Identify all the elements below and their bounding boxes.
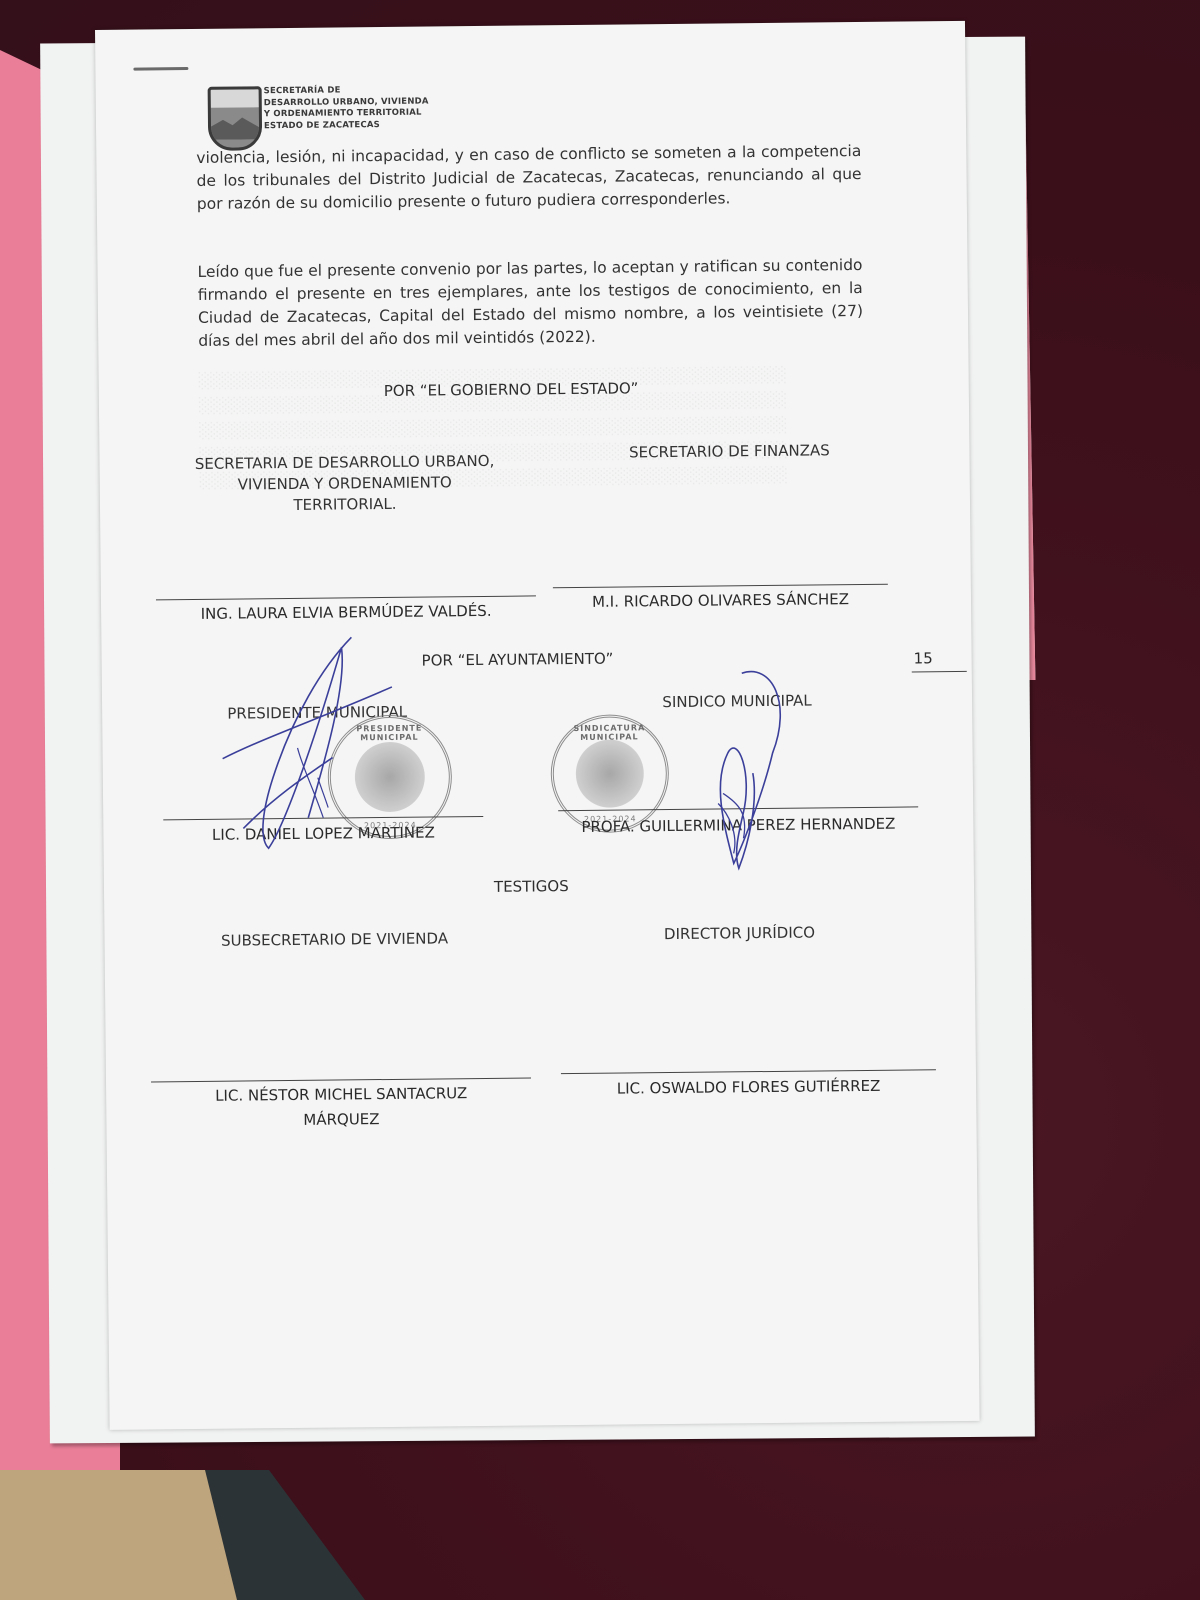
title-sindico-municipal: SINDICO MUNICIPAL (627, 690, 847, 713)
title-subsecretario-vivienda: SUBSECRETARIO DE VIVIENDA (184, 928, 484, 952)
signer-name-daniel-lopez: LIC. DANIEL LOPEZ MARTINEZ (163, 823, 483, 844)
sindicatura-seal-stamp: SINDICATURA MUNICIPAL 2021-2024 (550, 714, 669, 833)
title-director-juridico: DIRECTOR JURÍDICO (634, 922, 844, 945)
paragraph-ratification: Leído que fue el presente convenio por l… (197, 254, 863, 353)
signature-line (561, 1069, 936, 1074)
title-secretario-finanzas: SECRETARIO DE FINANZAS (599, 440, 859, 464)
signature-line (151, 1077, 531, 1082)
heading-ayuntamiento: POR “EL AYUNTAMIENTO” (422, 650, 614, 670)
coat-of-arms-icon (354, 741, 426, 813)
signature-line (156, 595, 536, 600)
org-header: SECRETARÍA DE DESARROLLO URBANO, VIVIEND… (264, 85, 429, 133)
signer-name-laura-bermudez: ING. LAURA ELVIA BERMÚDEZ VALDÉS. (156, 601, 536, 623)
page-number-underline (912, 671, 967, 673)
heading-gobierno: POR “EL GOBIERNO DEL ESTADO” (384, 379, 639, 400)
paragraph-jurisdiction: violencia, lesión, ni incapacidad, y en … (196, 140, 862, 216)
title-secretaria-desarrollo: SECRETARIA DE DESARROLLO URBANO, VIVIEND… (164, 451, 525, 518)
shield-logo-icon (208, 86, 263, 151)
signature-line (553, 584, 888, 589)
signer-name-ricardo-olivares: M.I. RICARDO OLIVARES SÁNCHEZ (553, 590, 888, 612)
page-number: 15 (914, 649, 933, 667)
document-page: SECRETARÍA DE DESARROLLO URBANO, VIVIEND… (95, 21, 980, 1430)
presidente-seal-stamp: PRESIDENTE MUNICIPAL 2021-2024 (327, 714, 452, 839)
witness-name-oswaldo-flores: LIC. OSWALDO FLORES GUTIÉRREZ (561, 1076, 936, 1098)
witness-name-nestor-santacruz: LIC. NÉSTOR MICHEL SANTACRUZ MÁRQUEZ (151, 1082, 531, 1132)
heading-testigos: TESTIGOS (494, 877, 569, 896)
staple-icon (133, 67, 188, 71)
signer-name-guillermina-perez: PROFA. GUILLERMINA PEREZ HERNANDEZ (543, 814, 933, 836)
coat-of-arms-icon (576, 740, 644, 808)
